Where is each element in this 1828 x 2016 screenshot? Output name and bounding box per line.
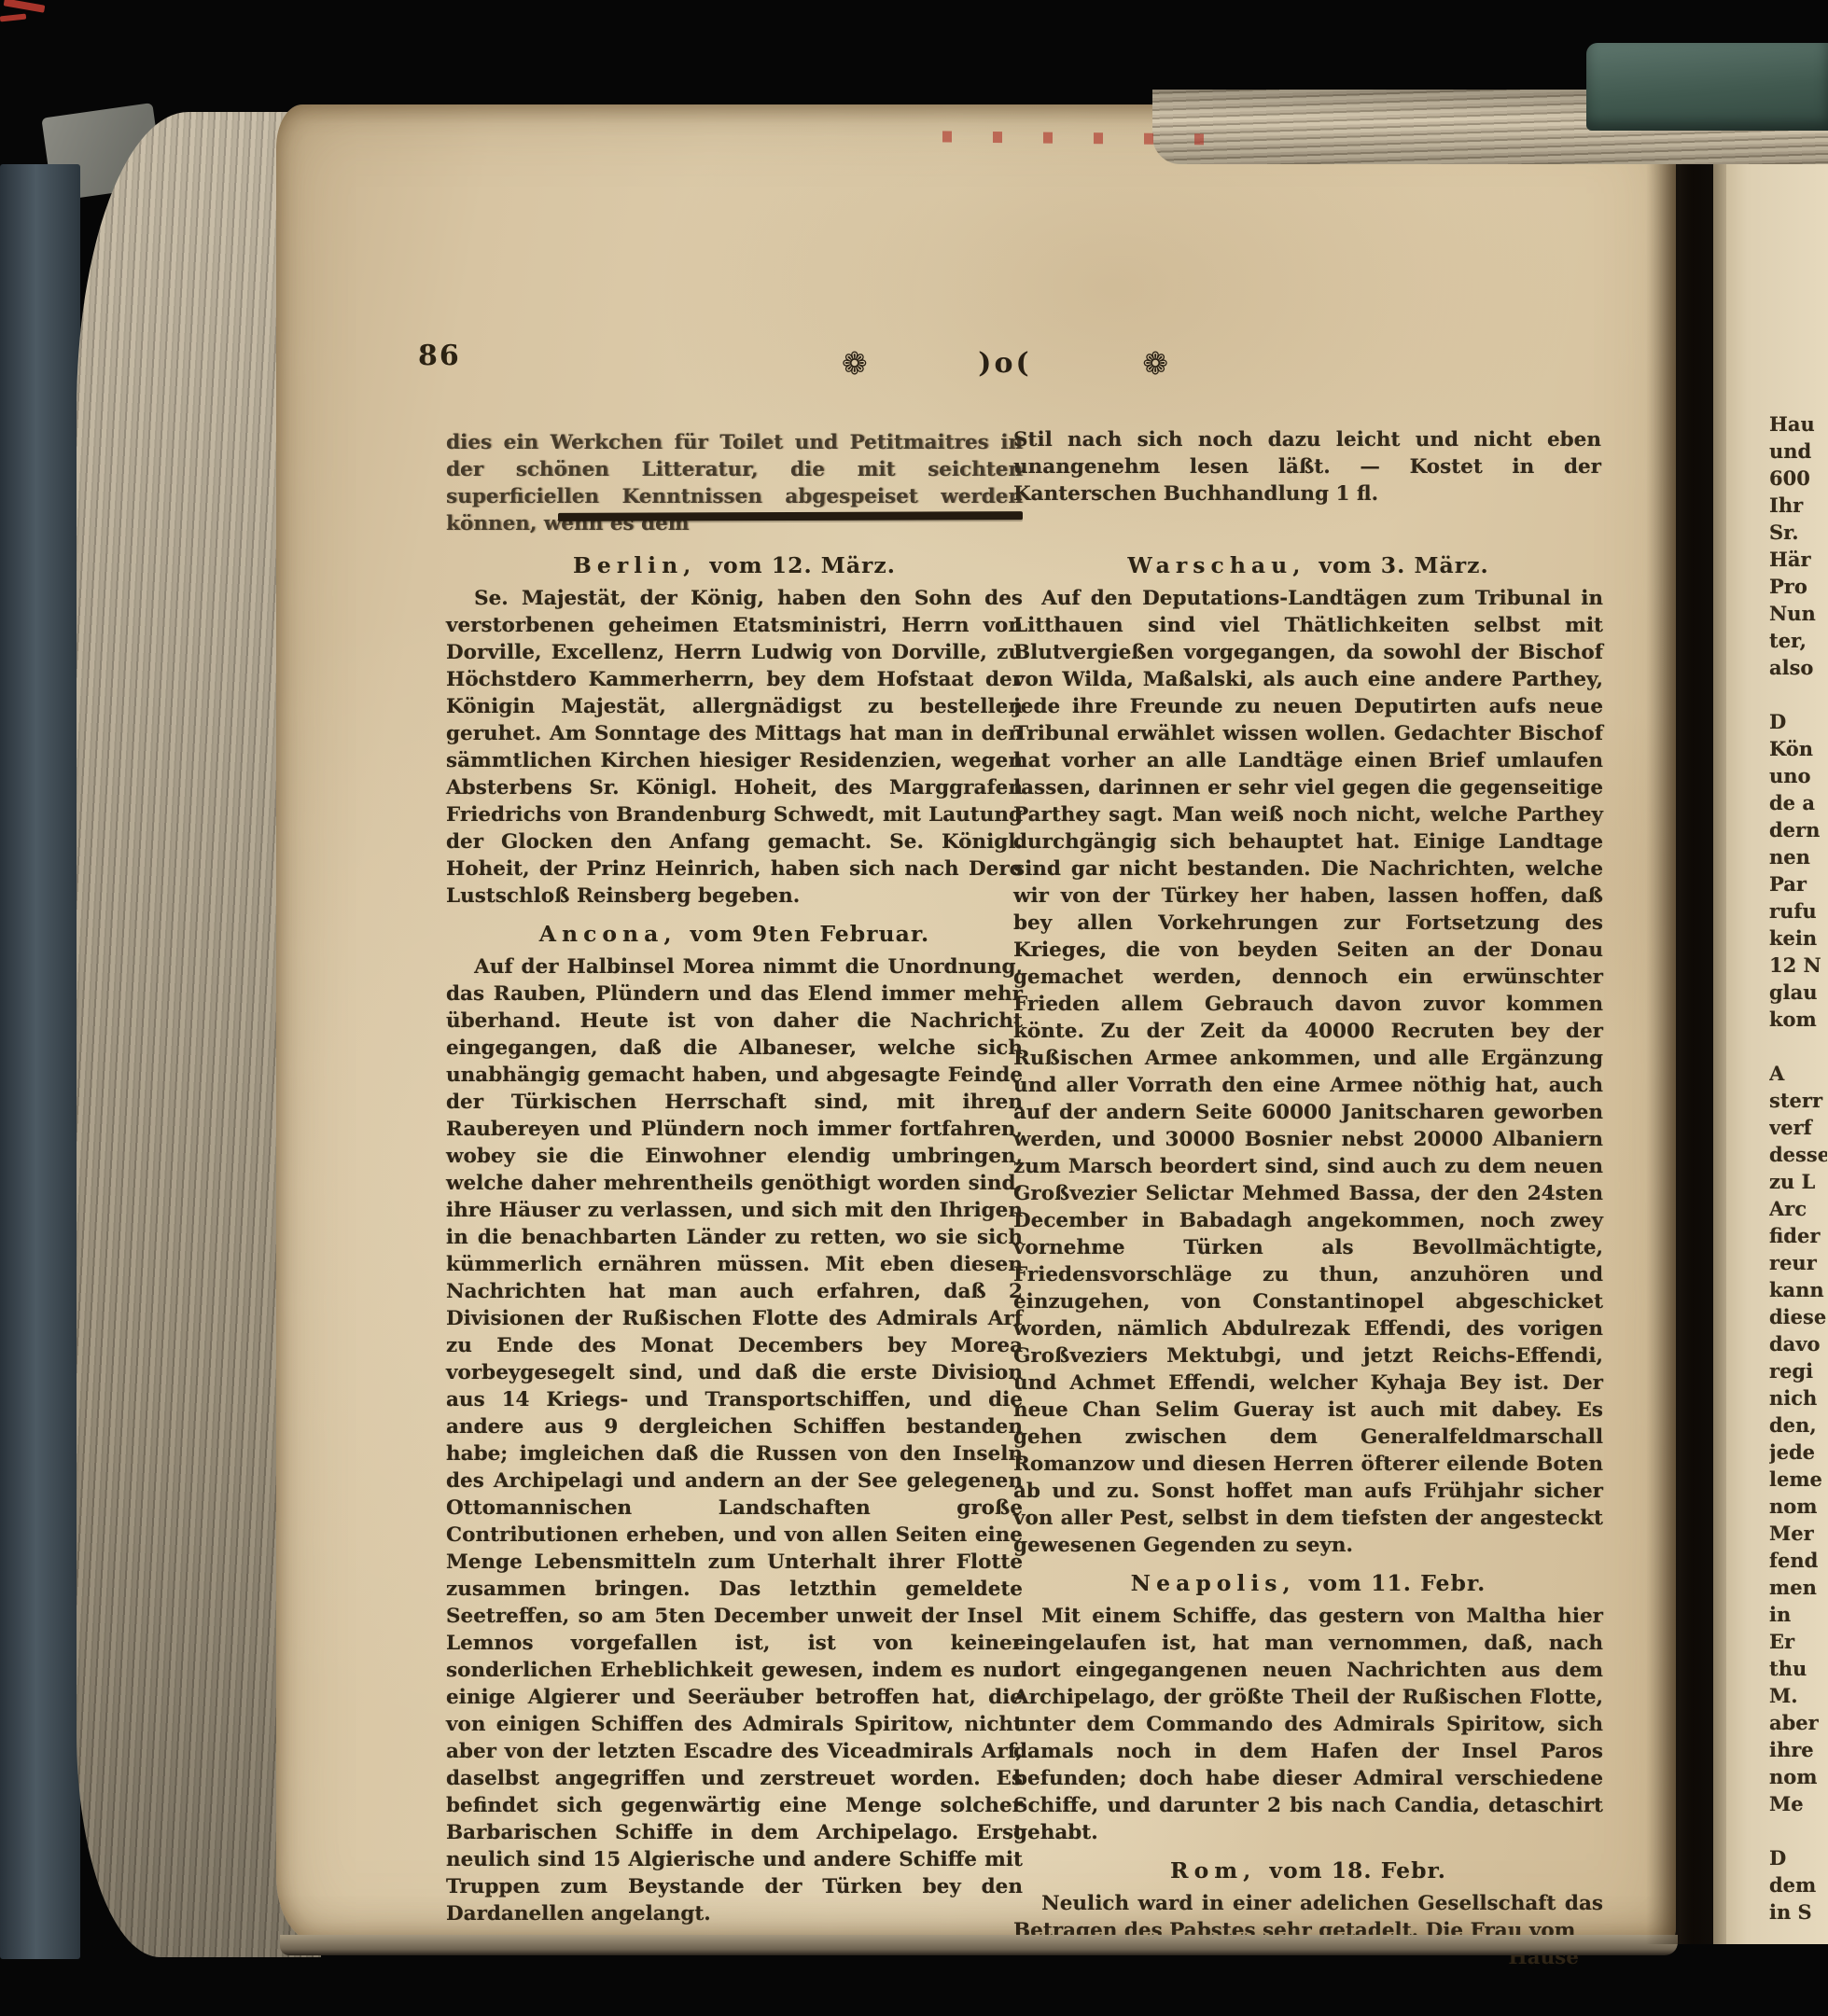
fragment-line: Me — [1769, 1790, 1827, 1817]
fragment-line: diese — [1769, 1303, 1827, 1330]
intro-continuation-right: Stil nach sich noch dazu leicht und nich… — [1013, 426, 1601, 507]
article-berlin: Berlin,vom 12. März. Se. Majestät, der K… — [446, 552, 1023, 910]
page-number: 86 — [418, 340, 461, 372]
article-place: Berlin, — [573, 552, 696, 578]
fragment-line: leme — [1769, 1466, 1827, 1493]
fragment-line: regi — [1769, 1357, 1827, 1384]
fragment-line: den, — [1769, 1411, 1827, 1439]
article-heading: Berlin,vom 12. März. — [446, 552, 1023, 578]
fragment-line: Er — [1769, 1628, 1827, 1655]
article-place: Rom, — [1170, 1857, 1256, 1884]
fragment-line: Sr. — [1769, 519, 1827, 546]
article-place: Warschau, — [1127, 552, 1305, 578]
fragment-line: ihre — [1769, 1736, 1827, 1763]
fragment-line: in S — [1769, 1898, 1827, 1922]
signature-mark: )o( — [978, 347, 1031, 380]
book-scan: Hauund600IhrSr.HärProNunter,alsoDKönunod… — [0, 0, 1828, 2016]
fragment-line: zu L — [1769, 1168, 1827, 1195]
page-bottom-edge — [280, 1935, 1678, 1955]
fragment-line: nom — [1769, 1763, 1827, 1790]
fragment-line: uno — [1769, 762, 1827, 789]
facing-page-text-fragments: Hauund600IhrSr.HärProNunter,alsoDKönunod… — [1769, 410, 1827, 1922]
fragment-line: Mer — [1769, 1520, 1827, 1547]
fragment-line: verf — [1769, 1114, 1827, 1141]
fragment-line: dem — [1769, 1871, 1827, 1898]
fragment-line: Par — [1769, 870, 1827, 897]
fragment-line: fider — [1769, 1222, 1827, 1249]
fragment-line: kann — [1769, 1276, 1827, 1303]
fragment-line: ter, — [1769, 627, 1827, 654]
article-heading: Neapolis,vom 11. Febr. — [1013, 1570, 1603, 1596]
fragment-line: 600 — [1769, 465, 1827, 492]
article-place: Ancona, — [539, 921, 677, 947]
article-date: vom 11. Febr. — [1309, 1570, 1486, 1596]
fragment-line: kein — [1769, 925, 1827, 952]
article-body: Auf der Halbinsel Morea nimmt die Unordn… — [446, 953, 1023, 1927]
article-date: vom 18. Febr. — [1269, 1857, 1446, 1884]
article-date: vom 9ten Februar. — [691, 921, 930, 947]
article-heading: Rom,vom 18. Febr. — [1013, 1857, 1603, 1884]
fragment-line: und — [1769, 438, 1827, 465]
fragment-line: davo — [1769, 1330, 1827, 1357]
newspaper-page: 86 ❁ )o( ❁ dies ein Werkchen für Toilet … — [276, 104, 1676, 1942]
article-ancona: Ancona,vom 9ten Februar. Auf der Halbins… — [446, 921, 1023, 1927]
fragment-line: jede — [1769, 1439, 1827, 1466]
red-ink-mark — [0, 14, 26, 22]
fragment-line: sterr — [1769, 1087, 1827, 1114]
fragment-line: nen — [1769, 843, 1827, 870]
fragment-line: Arc — [1769, 1195, 1827, 1222]
article-heading: Ancona,vom 9ten Februar. — [446, 921, 1023, 947]
fragment-line: Nun — [1769, 600, 1827, 627]
header-ornaments: ❁ )o( ❁ — [842, 345, 1168, 382]
article-date: vom 12. März. — [709, 552, 896, 578]
fragment-line: nich — [1769, 1384, 1827, 1411]
fragment-line: thu — [1769, 1655, 1827, 1682]
article-body: Mit einem Schiffe, das gestern von Malth… — [1013, 1603, 1603, 1846]
article-body: Auf den Deputations-Landtägen zum Tribun… — [1013, 585, 1603, 1559]
fragment-line: D — [1769, 1844, 1827, 1871]
fragment-line — [1769, 1817, 1827, 1844]
red-ink-mark — [4, 0, 46, 13]
fragment-line: A — [1769, 1060, 1827, 1087]
article-place: Neapolis, — [1131, 1570, 1296, 1596]
fragment-line: Här — [1769, 546, 1827, 573]
book-cover-corner — [1586, 43, 1828, 131]
fragment-line: de a — [1769, 789, 1827, 816]
fragment-line: also — [1769, 654, 1827, 681]
fragment-line: Ihr — [1769, 492, 1827, 519]
fragment-line: aber — [1769, 1709, 1827, 1736]
fragment-line: Kön — [1769, 735, 1827, 762]
fragment-line: in — [1769, 1601, 1827, 1628]
fragment-line: glau — [1769, 979, 1827, 1006]
article-heading: Warschau,vom 3. März. — [1013, 552, 1603, 578]
fragment-line — [1769, 681, 1827, 708]
fragment-line: M. — [1769, 1682, 1827, 1709]
fleuron-icon: ❁ — [1142, 345, 1168, 382]
fragment-line: kom — [1769, 1006, 1827, 1033]
fragment-line: men — [1769, 1574, 1827, 1601]
fragment-line: desse — [1769, 1141, 1827, 1168]
fragment-line: 12 N — [1769, 952, 1827, 979]
article-neapolis: Neapolis,vom 11. Febr. Mit einem Schiffe… — [1013, 1570, 1603, 1846]
fragment-line: rufu — [1769, 897, 1827, 925]
fragment-line — [1769, 1033, 1827, 1060]
article-body: Se. Majestät, der König, haben den Sohn … — [446, 585, 1023, 910]
fragment-line: nom — [1769, 1493, 1827, 1520]
fragment-line: Hau — [1769, 410, 1827, 438]
book-spine — [0, 164, 80, 1959]
section-divider — [558, 511, 1023, 521]
fragment-line: Pro — [1769, 573, 1827, 600]
fleuron-icon: ❁ — [842, 345, 868, 382]
article-warschau: Warschau,vom 3. März. Auf den Deputation… — [1013, 552, 1603, 1559]
fragment-line: fend — [1769, 1547, 1827, 1574]
fragment-line: D — [1769, 708, 1827, 735]
fragment-line: reur — [1769, 1249, 1827, 1276]
fragment-line: dern — [1769, 816, 1827, 843]
article-date: vom 3. März. — [1319, 552, 1488, 578]
left-column: Berlin,vom 12. März. Se. Majestät, der K… — [446, 552, 1023, 1939]
right-column: Warschau,vom 3. März. Auf den Deputation… — [1013, 552, 1603, 1982]
